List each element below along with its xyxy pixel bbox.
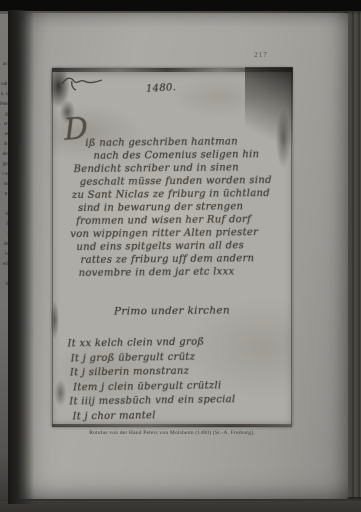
book-photograph: ach ndre n, se Peter ge ent ert dre den … [0, 0, 361, 512]
gutter-shadow [8, 10, 34, 504]
photo-bottom-band [0, 497, 361, 512]
manuscript-line: novembre in dem jar etc lxxx [79, 265, 283, 280]
page-number: 217 [248, 51, 274, 59]
plate-blotch-left-mid [51, 288, 63, 368]
manuscript-line: zu Sant Niclas ze friburg in üchtland [72, 187, 282, 202]
manuscript-line: von wippingen ritter Alten priester [70, 226, 282, 241]
manuscript-paragraph: iß nach geschriben hantman nach des Come… [69, 135, 282, 280]
archival-mark [60, 72, 104, 92]
plate-bottom-edge [52, 424, 292, 427]
manuscript-heading: Primo under kirchen [52, 304, 292, 318]
manuscript-line: rattes ze friburg uff dem andern [80, 252, 282, 267]
plate-caption: Rotulus von der Hand Peters von Molsheim… [48, 430, 296, 436]
manuscript-inventory-list: It xx kelch clein vnd groß It j groß übe… [67, 335, 282, 425]
inventory-item-line: It j chor mantel [72, 407, 282, 424]
book-page: 217 1480. D iß nach geschriben hantman n… [18, 13, 348, 499]
manuscript-line: nach des Comenius seligen hin [93, 148, 281, 163]
manuscript-plate: 1480. D iß nach geschriben hantman nach … [52, 68, 292, 427]
photo-top-strip [0, 0, 361, 11]
manuscript-date: 1480. [146, 82, 177, 95]
